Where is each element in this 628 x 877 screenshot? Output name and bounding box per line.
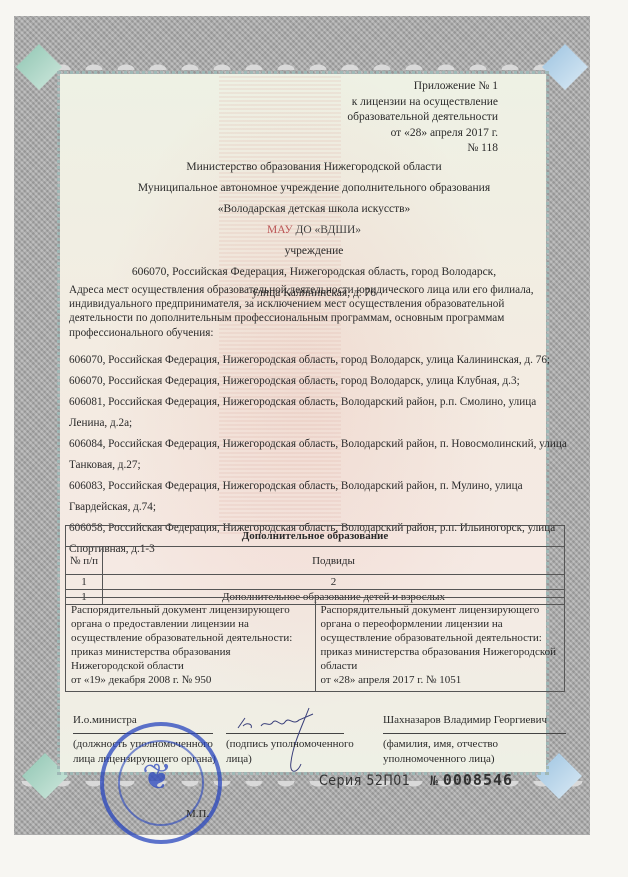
organization-type: Муниципальное автономное учреждение допо… — [0, 178, 628, 199]
orders-table: Распорядительный документ лицензирующего… — [65, 597, 565, 692]
education-table: Дополнительное образование № п/п Подвиды… — [65, 525, 565, 605]
issuer-block: Министерство образования Нижегородской о… — [0, 157, 628, 304]
order-line: органа о переоформлении лицензии на — [321, 617, 560, 631]
number-label: № — [430, 774, 439, 789]
legal-address-line: 606070, Российская Федерация, Нижегородс… — [0, 262, 628, 283]
order-line: приказ министерства образования — [71, 645, 310, 659]
order-line: органа о предоставлении лицензии на — [71, 617, 310, 631]
name-caption: (фамилия, имя, отчество уполномоченного … — [383, 737, 498, 767]
address-item: 606083, Российская Федерация, Нижегородс… — [69, 476, 569, 518]
annex-date: от «28» апреля 2017 г. — [347, 126, 498, 142]
address-item: 606070, Российская Федерация, Нижегородс… — [69, 371, 569, 392]
seal-place-label: М.П. — [186, 808, 209, 820]
annex-reference: Приложение № 1 к лицензии на осуществлен… — [347, 79, 498, 157]
series-value: 52П01 — [366, 773, 410, 789]
abbr-prefix: МАУ — [267, 224, 293, 236]
addresses-intro: Адреса мест осуществления образовательно… — [69, 283, 569, 340]
signer-position: И.о.министра — [73, 714, 137, 726]
order-line: Распорядительный документ лицензирующего — [71, 603, 310, 617]
address-item: 606084, Российская Федерация, Нижегородс… — [69, 434, 569, 476]
order-line: приказ министерства образования Нижегоро… — [321, 645, 560, 659]
ministry-name: Министерство образования Нижегородской о… — [0, 157, 628, 178]
form-number: №0008546 — [430, 771, 513, 789]
table-title: Дополнительное образование — [66, 526, 565, 547]
issuance-order: Распорядительный документ лицензирующего… — [66, 598, 316, 692]
order-line: Нижегородской области — [71, 659, 310, 673]
caption-line: (подпись уполномоченного — [226, 737, 354, 752]
form-series: Серия 52П01 — [319, 773, 410, 789]
official-seal-icon: ❦ — [100, 722, 222, 844]
annex-line: образовательной деятельности — [347, 110, 498, 126]
caption-line: уполномоченного лица) — [383, 752, 498, 767]
reissue-order: Распорядительный документ лицензирующего… — [315, 598, 565, 692]
address-item: 606081, Российская Федерация, Нижегородс… — [69, 392, 569, 434]
coat-of-arms-icon: ❦ — [142, 756, 172, 798]
annex-line: к лицензии на осуществление — [347, 95, 498, 111]
column-header-number: № п/п — [66, 547, 103, 575]
series-label: Серия — [319, 773, 362, 789]
signature-caption: (подпись уполномоченного лица) — [226, 737, 354, 767]
address-item: 606070, Российская Федерация, Нижегородс… — [69, 350, 569, 371]
border-wave-top — [14, 56, 590, 70]
annex-title: Приложение № 1 — [347, 79, 498, 95]
caption-line: лица) — [226, 752, 354, 767]
order-line: осуществление образовательной деятельнос… — [321, 631, 560, 645]
order-line: области — [321, 659, 560, 673]
organization-abbreviation: МАУ ДО «ВДШИ» — [0, 220, 628, 241]
order-date: от «19» декабря 2008 г. № 950 — [71, 673, 310, 687]
name-line — [383, 733, 566, 734]
order-line: Распорядительный документ лицензирующего — [321, 603, 560, 617]
signer-full-name: Шахназаров Владимир Георгиевич — [383, 714, 547, 726]
order-line: осуществление образовательной деятельнос… — [71, 631, 310, 645]
column-header-subtypes: Подвиды — [103, 547, 565, 575]
organization-label: учреждение — [0, 241, 628, 262]
caption-line: (фамилия, имя, отчество — [383, 737, 498, 752]
organization-name: «Володарская детская школа искусств» — [0, 199, 628, 220]
number-value: 0008546 — [443, 771, 513, 789]
index-cell: 2 — [103, 575, 565, 590]
order-date: от «28» апреля 2017 г. № 1051 — [321, 673, 560, 687]
index-cell: 1 — [66, 575, 103, 590]
abbr-rest: ДО «ВДШИ» — [293, 224, 361, 236]
annex-number: № 118 — [347, 141, 498, 157]
